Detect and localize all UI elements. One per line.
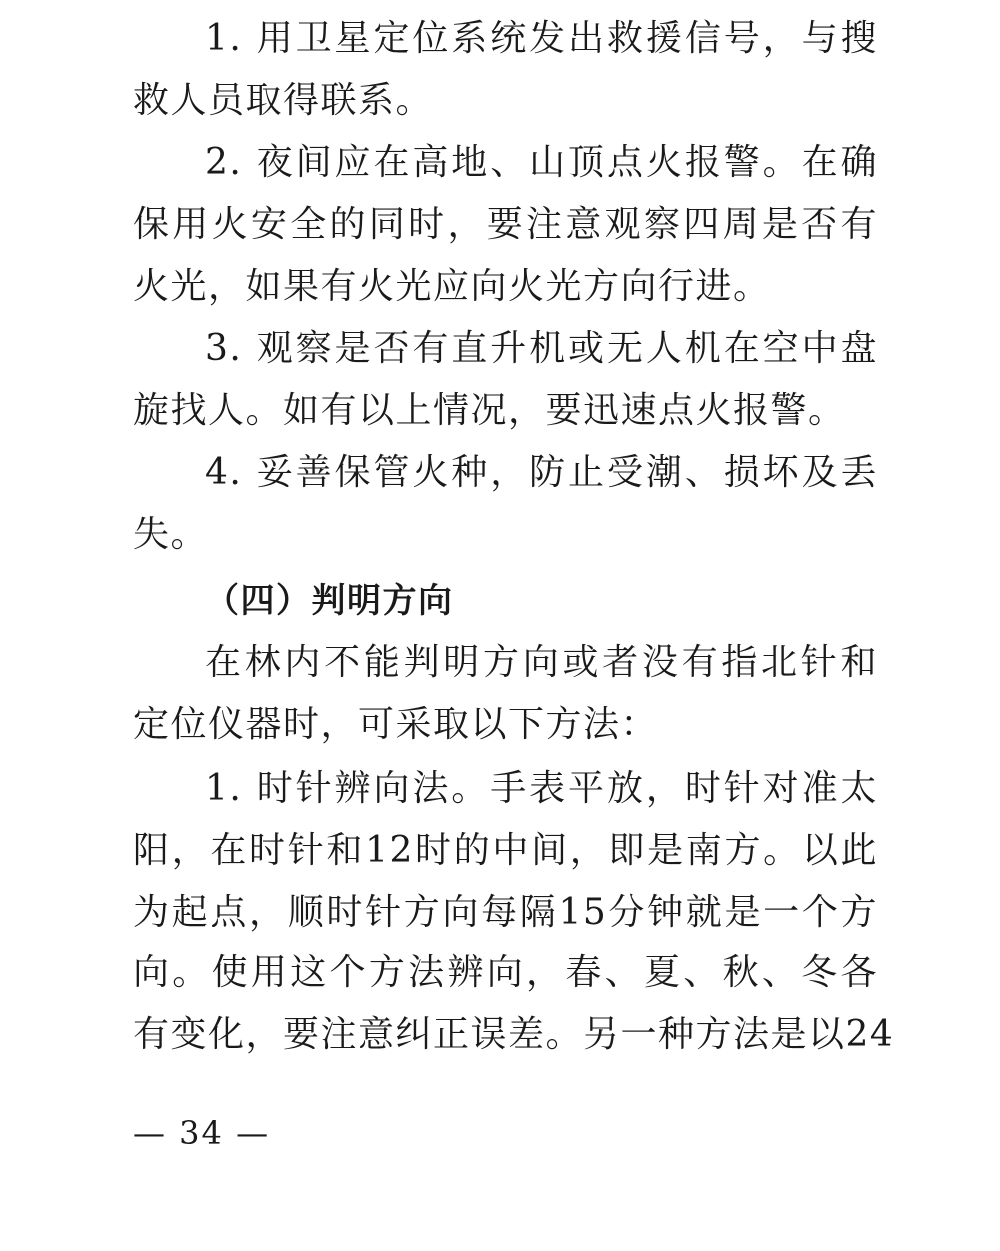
list-item-1-line-2: 救人员取得联系。 [133, 70, 878, 132]
list-item-1-line-1: 1. 用卫星定位系统发出救援信号，与搜 [205, 8, 878, 70]
paragraph-line-1: 在林内不能判明方向或者没有指北针和 [205, 632, 878, 694]
list-item-2-line-3: 火光，如果有火光应向火光方向行进。 [133, 256, 878, 318]
method-1-line-2: 阳，在时针和12时的中间，即是南方。以此 [133, 820, 878, 882]
list-item-2-line-2: 保用火安全的同时，要注意观察四周是否有 [133, 194, 878, 256]
method-1-line-4: 向。使用这个方法辨向，春、夏、秋、冬各 [133, 942, 878, 1004]
method-1-line-3: 为起点，顺时针方向每隔15分钟就是一个方 [133, 882, 878, 944]
list-item-3-line-1: 3. 观察是否有直升机或无人机在空中盘 [205, 318, 878, 380]
list-item-4-line-2: 失。 [133, 504, 878, 566]
list-item-4-line-1: 4. 妥善保管火种，防止受潮、损坏及丢 [205, 442, 878, 504]
method-1-line-1: 1. 时针辨向法。手表平放，时针对准太 [205, 758, 878, 820]
list-item-2-line-1: 2. 夜间应在高地、山顶点火报警。在确 [205, 132, 878, 194]
section-heading: （四）判明方向 [205, 570, 950, 632]
page-number: — 34 — [133, 1105, 270, 1161]
list-item-3-line-2: 旋找人。如有以上情况，要迅速点火报警。 [133, 380, 878, 442]
method-1-line-5: 有变化，要注意纠正误差。另一种方法是以24 [133, 1004, 878, 1066]
paragraph-line-2: 定位仪器时，可采取以下方法： [133, 694, 878, 756]
